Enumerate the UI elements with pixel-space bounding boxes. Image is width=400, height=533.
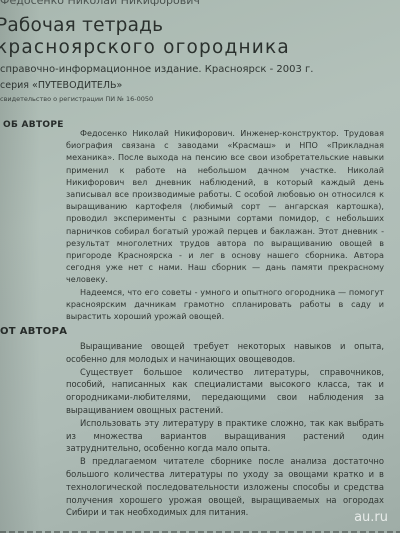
paragraph: В предлагаемом читателе сборнике после а… <box>66 455 384 519</box>
paragraph: Использовать эту литературу в практике с… <box>66 417 384 455</box>
series-info: серия «ПУТЕВОДИТЕЛЬ» <box>0 80 122 91</box>
paragraph: Выращивание овощей требует некоторых нав… <box>66 340 384 366</box>
section-body-from-author: Выращивание овощей требует некоторых нав… <box>66 340 384 519</box>
paragraph: Существует большое количество литературы… <box>66 366 384 417</box>
book-title-line2: красноярского огородника <box>0 37 290 58</box>
section-heading-about-author: ОБ АВТОРЕ <box>3 120 64 130</box>
section-heading-from-author: ОТ АВТОРА <box>0 326 67 337</box>
edition-info: справочно-информационное издание. Красно… <box>0 64 313 75</box>
section-body-about-author: Федосенко Николай Никифорович. Инженер-к… <box>66 127 384 322</box>
paragraph: Федосенко Николай Никифорович. Инженер-к… <box>66 127 384 286</box>
registration-info: свидетельство о регистрации ПИ № 16-0050 <box>0 95 153 103</box>
book-title-line1: Рабочая тетрадь <box>0 15 163 36</box>
watermark: au.ru <box>354 510 388 525</box>
author-header: Федосенко Николай Никифорович <box>0 0 200 7</box>
paragraph: Надеемся, что его советы - умного и опыт… <box>66 286 384 323</box>
